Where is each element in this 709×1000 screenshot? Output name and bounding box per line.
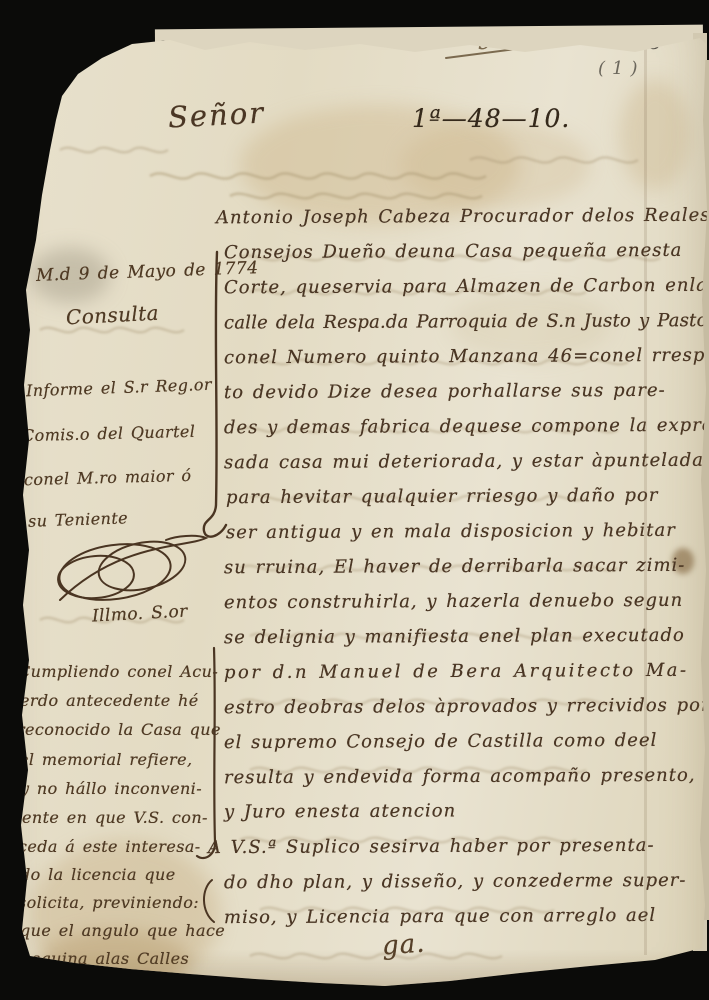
ink-rules-and-rubric-icon [0, 0, 709, 1000]
paper-sheet: ✳ 3029 9 D88 (1) Señor 1ª—48—10. M.d 9 d… [0, 0, 709, 1000]
blue-stamp-icon: ✳ [84, 34, 97, 50]
manuscript-scan: ✳ 3029 9 D88 (1) Señor 1ª—48—10. M.d 9 d… [0, 0, 709, 1000]
rubric-flourish-icon [56, 534, 206, 606]
